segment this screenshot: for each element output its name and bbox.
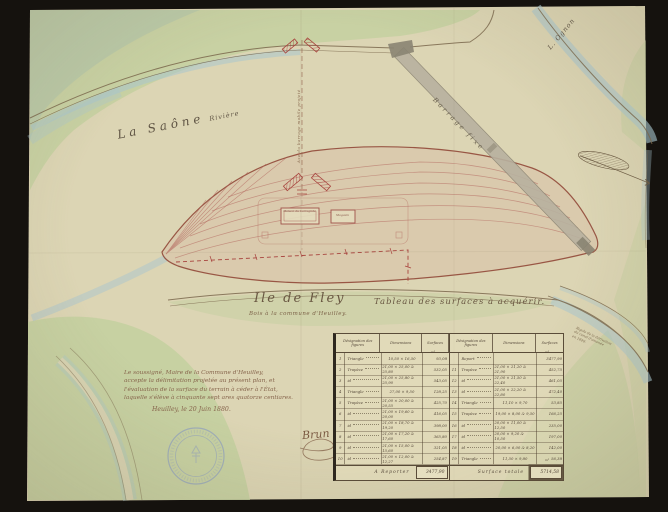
table-row: 5 Trapèze 21,00 × 20,00 & 20,55 425,70 (336, 398, 449, 409)
table-row: 1 Triangle 10,50 × 16,50 93,08 (336, 353, 449, 364)
table-left-half: 1 Triangle 10,50 × 16,50 93,08 2 Trapèze… (336, 353, 449, 465)
header-designation-left: Désignation des figures (336, 334, 380, 352)
footer-total-label: Surface totale (478, 470, 524, 475)
unit-mark-first-surface: m² (431, 350, 435, 354)
certificate-line: l'évaluation de la surface du terrain à … (124, 386, 312, 394)
certificate-dateline: Heuilley, le 20 Juin 1880. (124, 406, 312, 414)
table-row: 17 id 20,00 × 9,20 & 10,50 197,00 (450, 431, 564, 442)
header-designation-right: Désignation des figures (449, 334, 493, 352)
unit-mark-report: m² (545, 350, 549, 354)
footer-reporter-value: 3477,90 (416, 466, 448, 479)
table-row: 18 id 20,00 × 6,00 & 8,20 142,00 (450, 442, 564, 453)
surfaces-table-header: Désignation des figures Dimensions Surfa… (336, 334, 563, 353)
table-row: 4 Triangle 27,00 × 9,50 128,25 (336, 387, 449, 398)
footer-total: Surface totale 5714,58 (449, 466, 564, 480)
table-row: 11 Trapèze 21,00 × 21,20 & 21,90 452,75 (450, 364, 564, 375)
table-row: 15 Trapèze 19,00 × 8,00 & 9,50 166,25 (450, 409, 564, 420)
certificate-line: Le soussigné, Maire de la Commune d'Heui… (124, 369, 312, 377)
table-row: 13 id 21,00 × 22,20 & 22,80 472,40 (450, 387, 564, 398)
mayor-signature: Brun (301, 427, 330, 442)
certificate-lines: Le soussigné, Maire de la Commune d'Heui… (124, 369, 312, 403)
footer-total-value: 5714,58 (530, 466, 562, 479)
header-surfaces-left: Surfaces (422, 334, 449, 352)
table-row: 14 Triangle 11,10 × 9,70 53,85 (450, 398, 564, 409)
table-row: 9 id 21,00 × 15,00 & 15,60 321,05 (336, 442, 449, 453)
surfaces-table-footer: A Reporter 3477,90 Surface totale 5714,5… (336, 465, 563, 480)
table-row: 6 id 21,00 × 19,60 & 20,00 416,05 (336, 409, 449, 420)
header-surfaces-right: Surfaces (536, 334, 563, 352)
footer-reporter: A Reporter 3477,90 (336, 466, 449, 480)
table-row: 10 id 21,00 × 12,00 & 12,27 254,87 (336, 454, 449, 465)
scanned-map-sheet: La SaôneRivière L. Ognon Barrage fixe Ax… (0, 0, 668, 512)
certificate-line: accepte la délimitation projetée au prés… (124, 377, 312, 385)
table-row: 7 id 21,00 × 18,70 & 19,20 398,00 (336, 420, 449, 431)
table-right-half: Report 3477,90 11 Trapèze 21,00 × 21,20 … (449, 353, 564, 465)
table-row: 8 id 21,00 × 17,20 & 17,60 365,80 (336, 431, 449, 442)
unit-mark-total: m² (545, 458, 549, 462)
certificate-line: laquelle s'élève à cinquante sept ares q… (124, 394, 312, 402)
table-row: 2 Trapèze 21,00 × 25,00 & 25,80 532,05 (336, 364, 449, 375)
table-row: 12 id 21,00 × 21,50 & 22,40 461,05 (450, 375, 564, 386)
table-row: 3 id 21,00 × 25,80 & 25,90 543,05 (336, 375, 449, 386)
footer-reporter-label: A Reporter (374, 470, 409, 475)
header-dimensions-left: Dimensions (380, 334, 422, 352)
surfaces-table: Désignation des figures Dimensions Surfa… (333, 333, 564, 481)
table-row: Report 3477,90 (450, 353, 564, 364)
table-row: 16 id 20,00 × 11,00 & 12,50 235,00 (450, 420, 564, 431)
header-dimensions-right: Dimensions (493, 334, 537, 352)
mayor-certificate: Le soussigné, Maire de la Commune d'Heui… (124, 369, 312, 414)
